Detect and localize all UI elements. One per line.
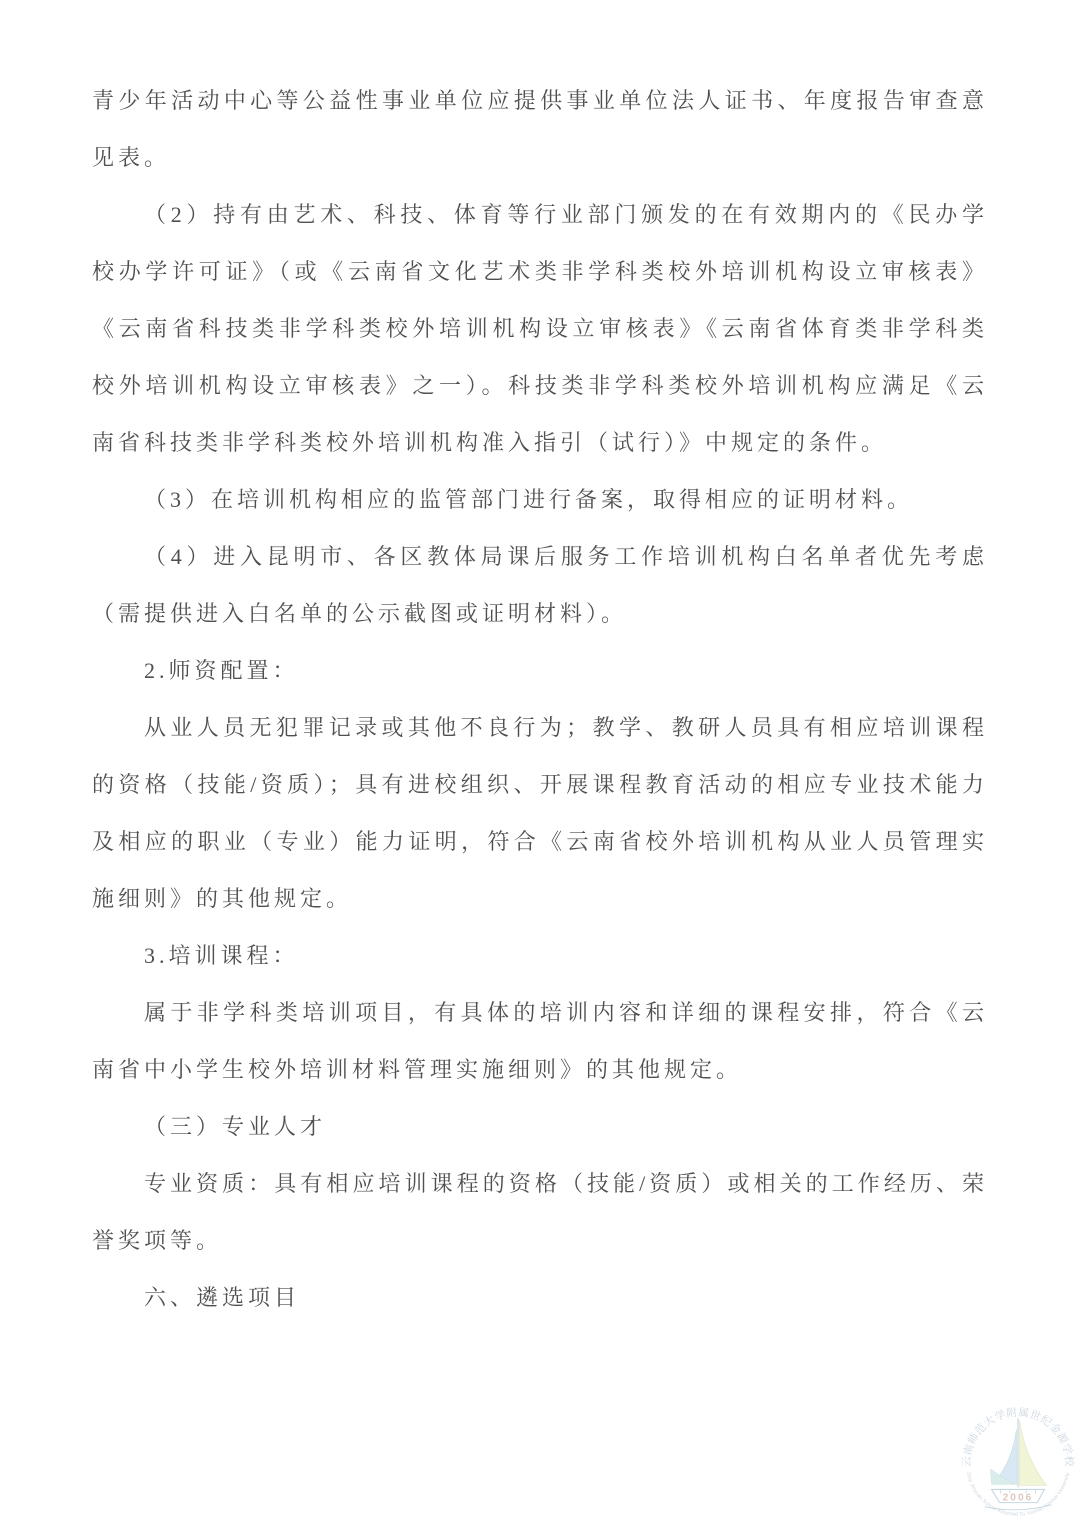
seal-chinese-arc-text: 云南师范大学附属世纪金源学校 bbox=[961, 1406, 1076, 1468]
document-page: 青少年活动中心等公益性事业单位应提供事业单位法人证书、年度报告审查意见表。 （2… bbox=[0, 0, 1080, 1527]
hull-crenellation bbox=[1001, 1489, 1036, 1493]
right-sail bbox=[1020, 1420, 1047, 1485]
water-line bbox=[984, 1505, 1051, 1510]
paragraph: 3.培训课程： bbox=[92, 927, 988, 984]
hull bbox=[992, 1489, 1045, 1502]
paragraph: 专业资质：具有相应培训课程的资格（技能/资质）或相关的工作经历、荣誉奖项等。 bbox=[92, 1155, 988, 1269]
paragraph: 六、遴选项目 bbox=[92, 1269, 988, 1326]
paragraph: 2.师资配置： bbox=[92, 642, 988, 699]
paragraph: （3）在培训机构相应的监管部门进行备案，取得相应的证明材料。 bbox=[92, 471, 988, 528]
jib-sail bbox=[991, 1469, 1014, 1484]
seal-english-arc-text: Shiji Jinyuan School Attached To Yunnan … bbox=[965, 1472, 1071, 1518]
school-seal-watermark: 云南师范大学附属世纪金源学校 Shiji Jinyuan School Atta… bbox=[956, 1402, 1080, 1526]
left-sail bbox=[995, 1429, 1017, 1484]
seal-year-text: 2006 bbox=[1003, 1493, 1034, 1504]
paragraph: （4）进入昆明市、各区教体局课后服务工作培训机构白名单者优先考虑（需提供进入白名… bbox=[92, 528, 988, 642]
paragraph: （2）持有由艺术、科技、体育等行业部门颁发的在有效期内的《民办学校办学许可证》（… bbox=[92, 186, 988, 471]
paragraph: 属于非学科类培训项目，有具体的培训内容和详细的课程安排，符合《云南省中小学生校外… bbox=[92, 984, 988, 1098]
document-body: 青少年活动中心等公益性事业单位应提供事业单位法人证书、年度报告审查意见表。 （2… bbox=[92, 72, 988, 1326]
paragraph: 从业人员无犯罪记录或其他不良行为；教学、教研人员具有相应培训课程的资格（技能/资… bbox=[92, 699, 988, 927]
sailboat-icon: 2006 bbox=[984, 1418, 1051, 1510]
school-seal-icon: 云南师范大学附属世纪金源学校 Shiji Jinyuan School Atta… bbox=[956, 1402, 1080, 1526]
paragraph: 青少年活动中心等公益性事业单位应提供事业单位法人证书、年度报告审查意见表。 bbox=[92, 72, 988, 186]
paragraph: （三）专业人才 bbox=[92, 1098, 988, 1155]
